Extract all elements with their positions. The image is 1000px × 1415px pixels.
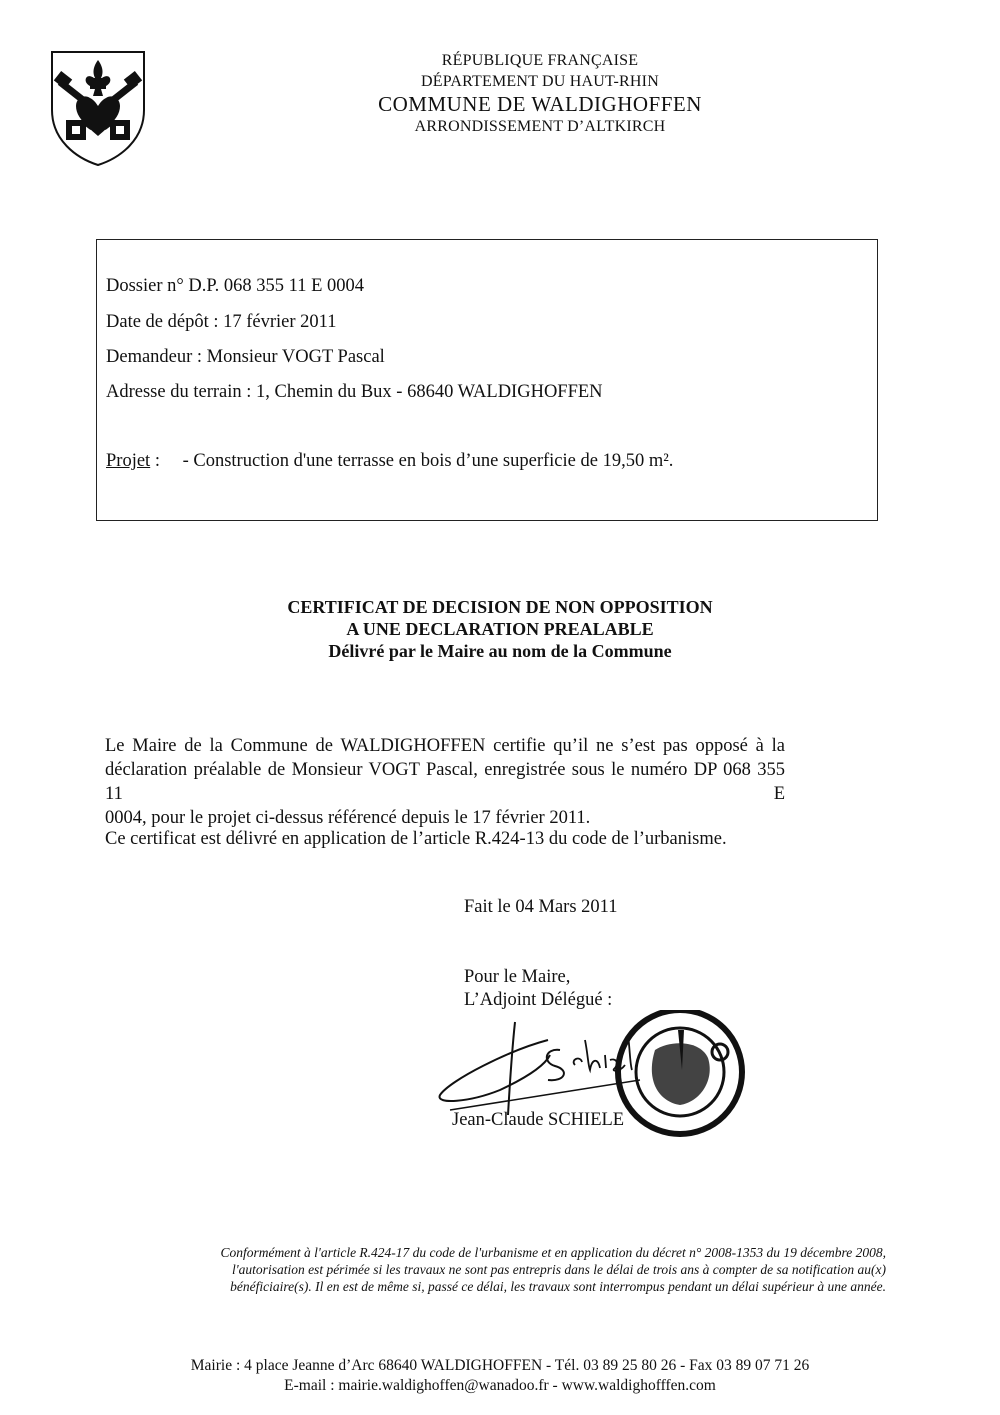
dossier-number: Dossier n° D.P. 068 355 11 E 0004	[106, 276, 364, 297]
dossier-box: Dossier n° D.P. 068 355 11 E 0004 Date d…	[96, 239, 878, 521]
republic-line: RÉPUBLIQUE FRANÇAISE	[330, 50, 750, 71]
footer-address: Mairie : 4 place Jeanne d’Arc 68640 WALD…	[100, 1356, 900, 1376]
signatory-name: Jean-Claude SCHIELE	[452, 1110, 624, 1131]
project-separator: :	[150, 451, 160, 471]
notice-line-2: l'autorisation est périmée si les travau…	[116, 1261, 886, 1278]
certification-paragraph: Le Maire de la Commune de WALDIGHOFFEN c…	[105, 734, 785, 830]
signatory-role: Pour le Maire, L’Adjoint Délégué :	[464, 966, 612, 1012]
arrondissement-line: ARRONDISSEMENT D’ALTKIRCH	[330, 116, 750, 137]
deputy-title: L’Adjoint Délégué :	[464, 989, 612, 1012]
coat-of-arms-icon	[48, 48, 148, 168]
letterhead: RÉPUBLIQUE FRANÇAISE DÉPARTEMENT DU HAUT…	[330, 50, 750, 137]
validity-notice: Conformément à l'article R.424-17 du cod…	[116, 1244, 886, 1295]
footer-contact: E-mail : mairie.waldighoffen@wanadoo.fr …	[100, 1376, 900, 1396]
notice-line-3: bénéficiaire(s). Il en est de même si, p…	[116, 1278, 886, 1295]
page-footer: Mairie : 4 place Jeanne d’Arc 68640 WALD…	[100, 1356, 900, 1396]
title-line-2: A UNE DECLARATION PREALABLE	[160, 618, 840, 640]
notice-line-1: Conformément à l'article R.424-17 du cod…	[116, 1244, 886, 1261]
commune-name: COMMUNE DE WALDIGHOFFEN	[330, 92, 750, 116]
legal-basis-paragraph: Ce certificat est délivré en application…	[105, 827, 785, 851]
deposit-date: Date de dépôt : 17 février 2011	[106, 312, 336, 333]
for-mayor: Pour le Maire,	[464, 966, 612, 989]
para1-line-1: Le Maire de la Commune de WALDIGHOFFEN c…	[105, 734, 785, 758]
project-line: Projet : - Construction d'une terrasse e…	[106, 451, 673, 472]
project-label: Projet	[106, 451, 150, 471]
title-line-1: CERTIFICAT DE DECISION DE NON OPPOSITION	[160, 596, 840, 618]
issue-date: Fait le 04 Mars 2011	[464, 897, 617, 918]
certificate-title: CERTIFICAT DE DECISION DE NON OPPOSITION…	[160, 596, 840, 662]
para1-line-2: déclaration préalable de Monsieur VOGT P…	[105, 758, 785, 806]
land-address: Adresse du terrain : 1, Chemin du Bux - …	[106, 382, 603, 403]
title-line-3: Délivré par le Maire au nom de la Commun…	[160, 640, 840, 662]
department-line: DÉPARTEMENT DU HAUT-RHIN	[330, 71, 750, 92]
project-description: - Construction d'une terrasse en bois d’…	[183, 451, 674, 471]
applicant: Demandeur : Monsieur VOGT Pascal	[106, 347, 385, 368]
